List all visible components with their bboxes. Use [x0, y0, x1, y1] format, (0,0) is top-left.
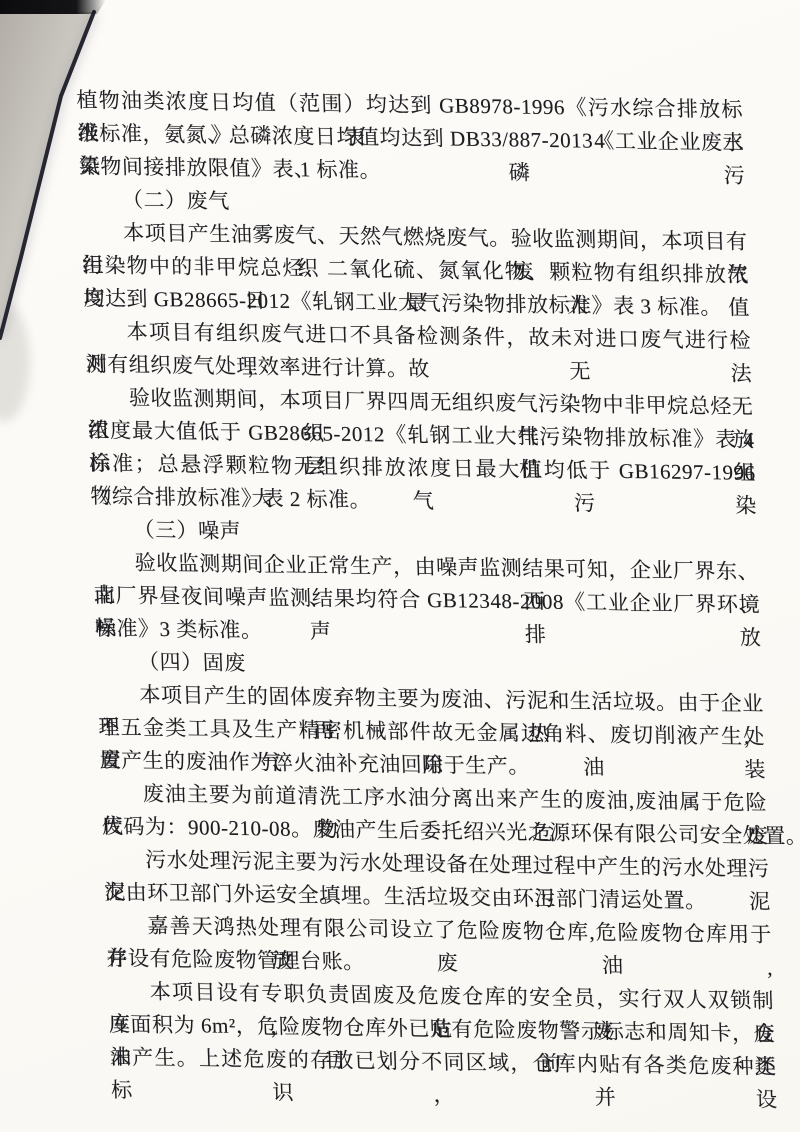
scanned-document-page: 植物油类浓度日均值（范围）均达到 GB8978-1996《污水综合排放标准》表 … — [0, 0, 800, 1132]
corner-top-bar — [0, 0, 106, 14]
document-text-block: 植物油类浓度日均值（范围）均达到 GB8978-1996《污水综合排放标准》表 … — [76, 84, 777, 1084]
corner-soft-shadow — [0, 302, 30, 422]
